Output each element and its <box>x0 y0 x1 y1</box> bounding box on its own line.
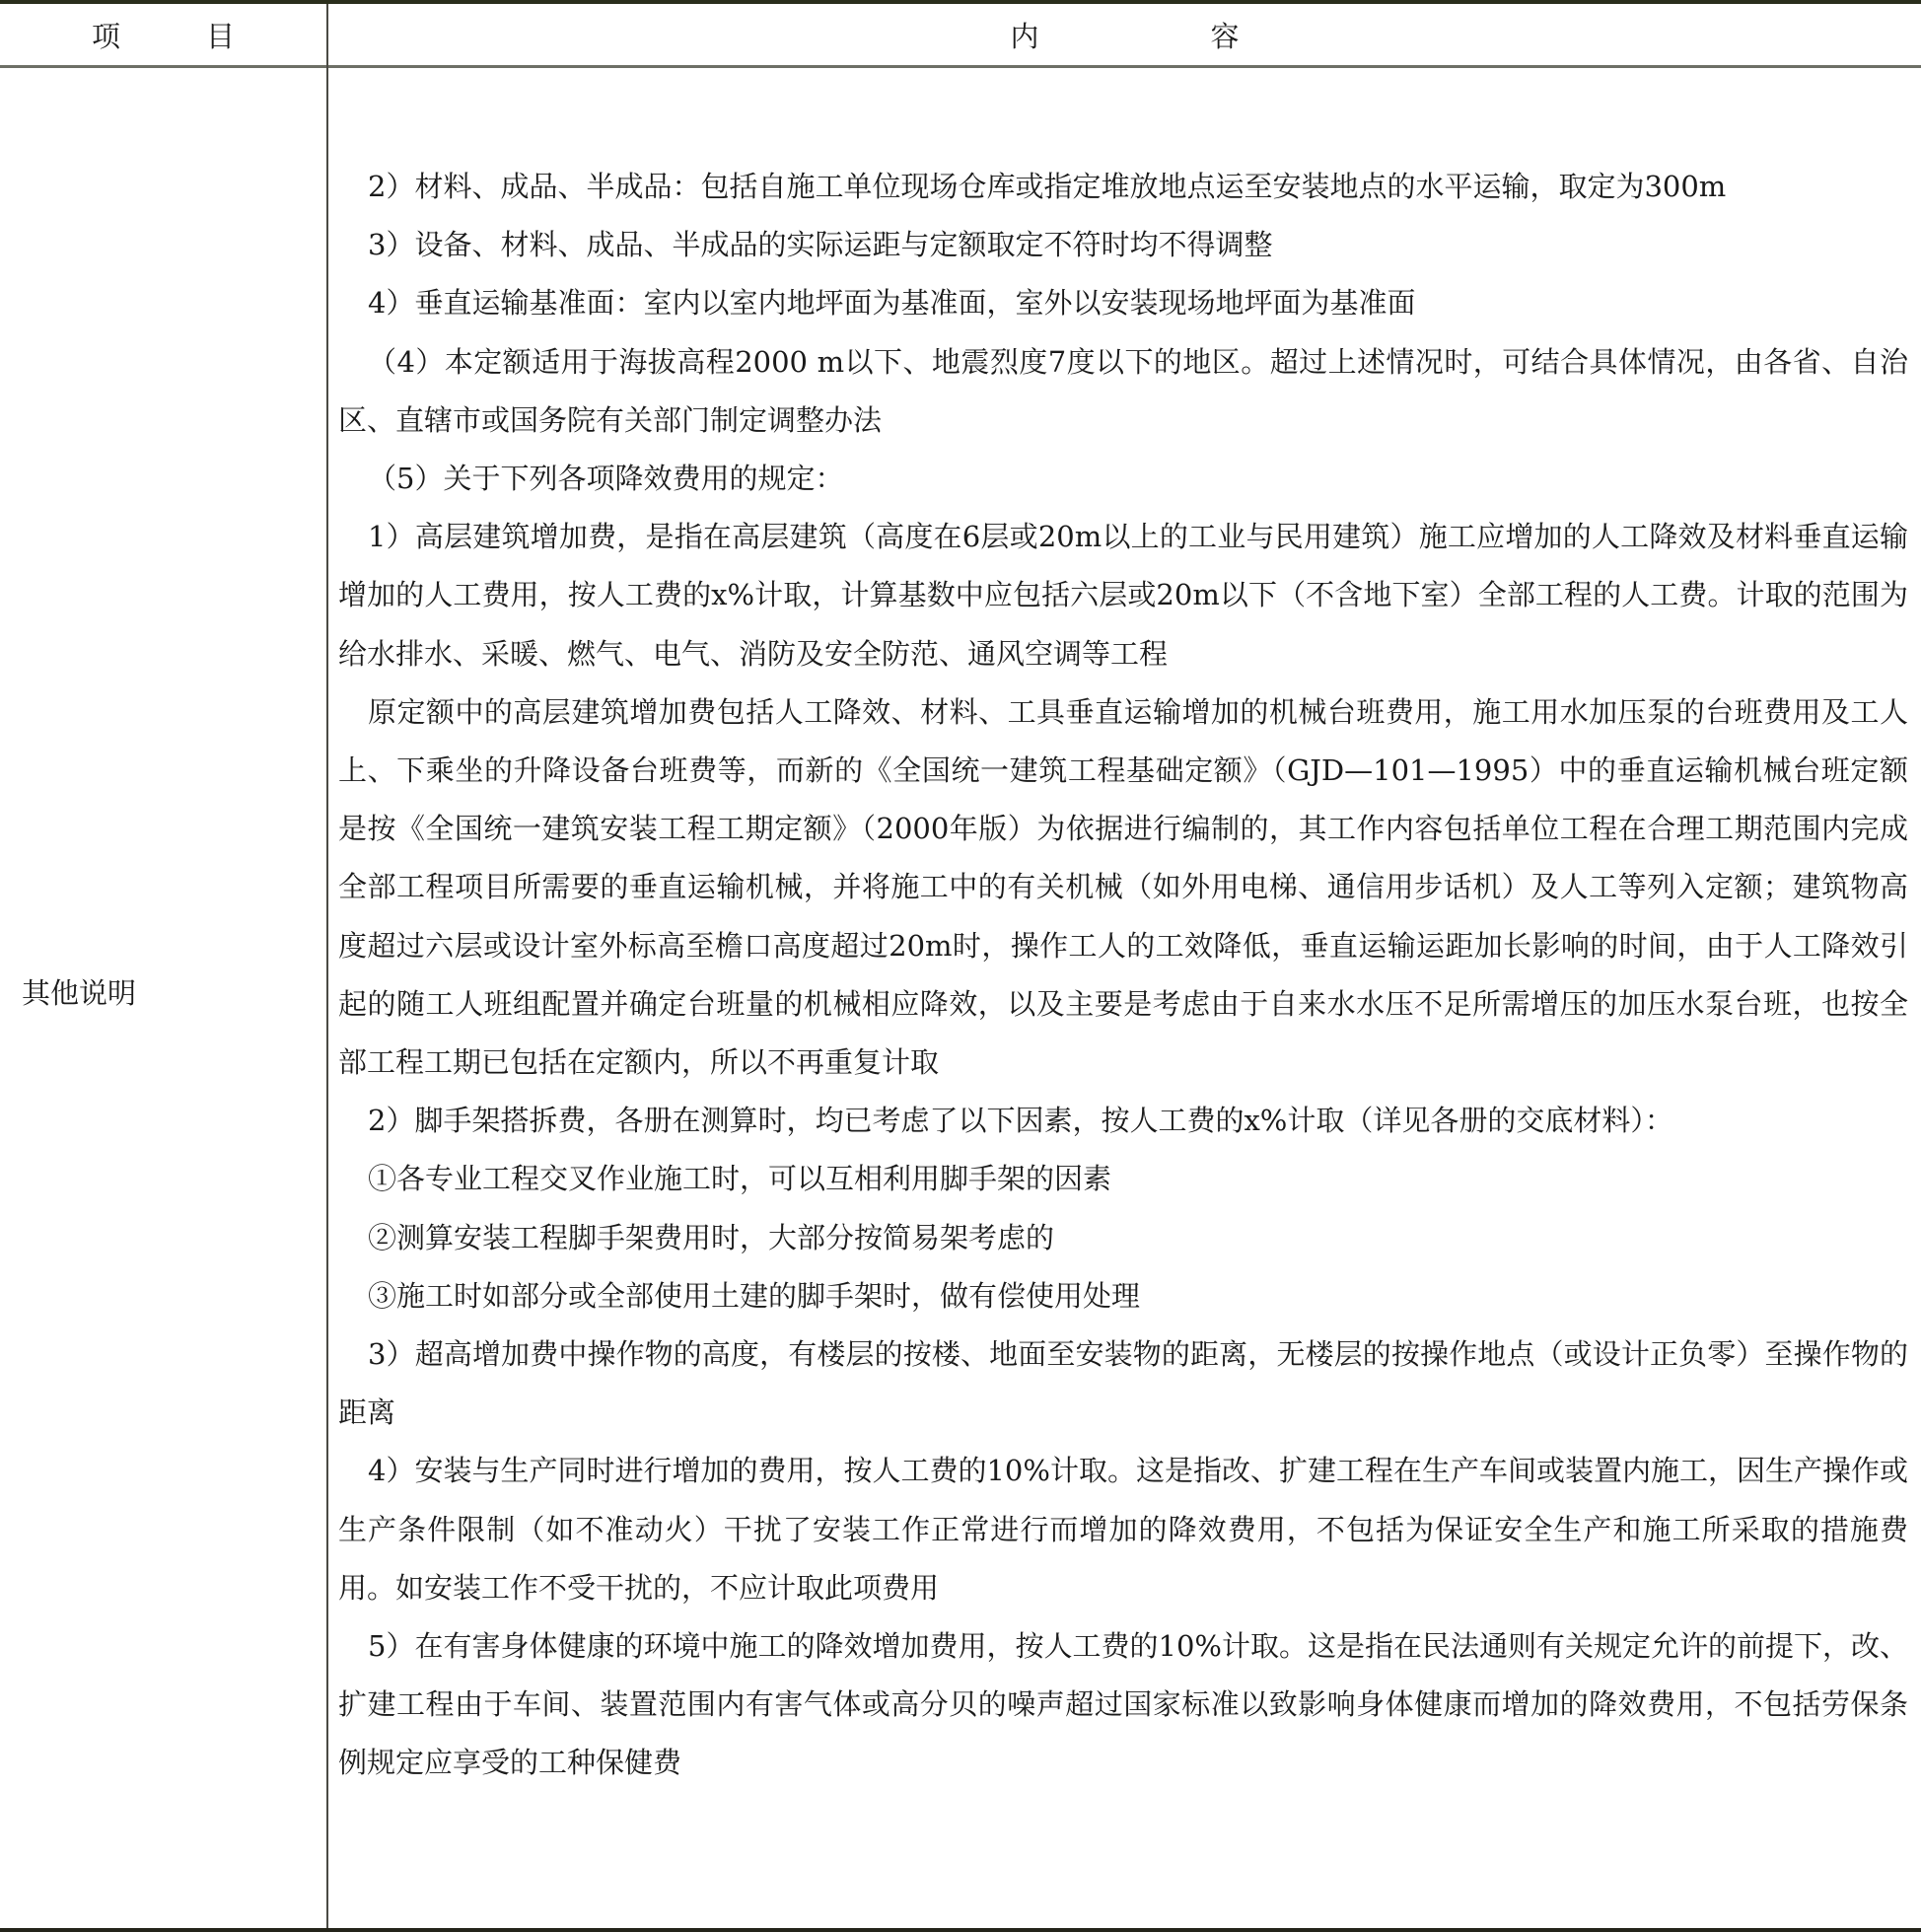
content-paragraph: 4）安装与生产同时进行增加的费用，按人工费的10%计取。这是指改、扩建工程在生产… <box>338 1442 1908 1617</box>
content-paragraph: 4）垂直运输基准面：室内以室内地坪面为基准面，室外以安装现场地坪面为基准面 <box>338 274 1908 332</box>
content-paragraph: 1）高层建筑增加费，是指在高层建筑（高度在6层或20m以上的工业与民用建筑）施工… <box>338 508 1908 683</box>
header-divider-rule <box>0 65 1921 68</box>
content-paragraph: 2）材料、成品、半成品：包括自施工单位现场仓库或指定堆放地点运至安装地点的水平运… <box>338 158 1908 216</box>
content-paragraph: ①各专业工程交叉作业施工时，可以互相利用脚手架的因素 <box>338 1150 1908 1208</box>
header-cell-item: 项 目 <box>0 4 326 65</box>
content-paragraph: 2）脚手架搭拆费，各册在测算时，均已考虑了以下因素，按人工费的x%计取（详见各册… <box>338 1092 1908 1150</box>
row-item-label: 其他说明 <box>22 973 136 1013</box>
content-paragraph: （5）关于下列各项降效费用的规定： <box>338 450 1908 508</box>
column-divider <box>326 4 328 1928</box>
header-content-label: 内 容 <box>1010 15 1239 55</box>
row-content-cell: 2）材料、成品、半成品：包括自施工单位现场仓库或指定堆放地点运至安装地点的水平运… <box>338 158 1908 1793</box>
content-paragraph: 3）设备、材料、成品、半成品的实际运距与定额取定不符时均不得调整 <box>338 216 1908 274</box>
content-paragraph: 5）在有害身体健康的环境中施工的降效增加费用，按人工费的10%计取。这是指在民法… <box>338 1617 1908 1793</box>
header-item-label: 项 目 <box>92 15 235 55</box>
content-paragraph: 原定额中的高层建筑增加费包括人工降效、材料、工具垂直运输增加的机械台班费用，施工… <box>338 683 1908 1092</box>
table-bottom-rule <box>0 1928 1921 1932</box>
content-paragraph: 3）超高增加费中操作物的高度，有楼层的按楼、地面至安装物的距离，无楼层的按操作地… <box>338 1325 1908 1442</box>
content-paragraph: ③施工时如部分或全部使用土建的脚手架时，做有偿使用处理 <box>338 1267 1908 1325</box>
content-paragraph: （4）本定额适用于海拔高程2000 m以下、地震烈度7度以下的地区。超过上述情况… <box>338 333 1908 450</box>
content-paragraph: ②测算安装工程脚手架费用时，大部分按简易架考虑的 <box>338 1209 1908 1267</box>
specification-table: 项 目 内 容 其他说明 2）材料、成品、半成品：包括自施工单位现场仓库或指定堆… <box>0 0 1921 1932</box>
header-cell-content: 内 容 <box>328 4 1921 65</box>
